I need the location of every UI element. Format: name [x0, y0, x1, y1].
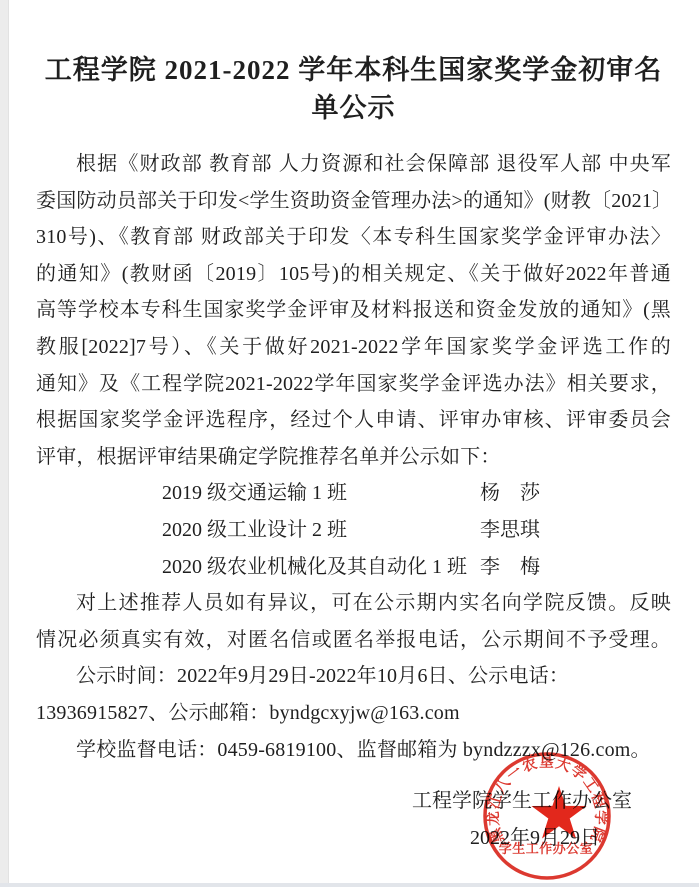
title-line-2: 单公示: [36, 89, 671, 127]
official-seal: 黑龙江八一农垦大学工程学院 学生工作办公室: [478, 752, 618, 886]
page-bottom-edge: [0, 883, 699, 887]
paragraph-line: 根据《财政部 教育部 人力资源和社会保障部 退役军人部 中央军: [36, 146, 671, 183]
student-class: 2020 级农业机械化及其自动化 1 班: [162, 549, 467, 586]
page-left-edge: [0, 0, 9, 887]
paragraph-line: 310号)、《教育部 财政部关于印发〈本专科生国家奖学金评审办法〉: [36, 219, 671, 256]
student-row: 2020 级工业设计 2 班 李思琪: [36, 512, 671, 549]
document-body: 根据《财政部 教育部 人力资源和社会保障部 退役军人部 中央军 委国防动员部关于…: [36, 146, 671, 768]
seal-bottom-text: 学生工作办公室: [499, 841, 594, 856]
document-page: 工程学院 2021-2022 学年本科生国家奖学金初审名 单公示 根据《财政部 …: [0, 0, 699, 887]
paragraph-line: 评审，根据评审结果确定学院推荐名单并公示如下：: [36, 439, 671, 476]
paragraph-line: 高等学校本专科生国家奖学金评审及材料报送和资金发放的通知》(黑: [36, 292, 671, 329]
seal-star-icon: [531, 786, 586, 839]
student-class: 2020 级工业设计 2 班: [162, 512, 347, 549]
paragraph-line: 13936915827、公示邮箱：byndgcxyjw@163.com: [36, 695, 671, 732]
paragraph-line: 公示时间：2022年9月29日-2022年10月6日、公示电话：: [36, 658, 671, 695]
paragraph-line: 通知》及《工程学院2021-2022学年国家奖学金评选办法》相关要求，: [36, 366, 671, 403]
student-name: 李思琪: [480, 512, 540, 549]
student-row: 2020 级农业机械化及其自动化 1 班 李 梅: [36, 549, 671, 586]
page-title: 工程学院 2021-2022 学年本科生国家奖学金初审名 单公示: [36, 51, 671, 127]
student-name: 李 梅: [480, 549, 540, 586]
title-line-1: 工程学院 2021-2022 学年本科生国家奖学金初审名: [36, 51, 671, 89]
paragraph-line: 教服[2022]7号）、《关于做好2021-2022学年国家奖学金评选工作的: [36, 329, 671, 366]
paragraph-line: 委国防动员部关于印发<学生资助资金管理办法>的通知》(财教〔2021〕: [36, 183, 671, 220]
student-name: 杨 莎: [480, 475, 540, 512]
paragraph-line: 的通知》(教财函〔2019〕105号)的相关规定、《关于做好2022年普通: [36, 256, 671, 293]
paragraph-line: 对上述推荐人员如有异议，可在公示期内实名向学院反馈。反映: [36, 585, 671, 622]
paragraph-line: 情况必须真实有效，对匿名信或匿名举报电话，公示期间不予受理。: [36, 622, 671, 659]
paragraph-line: 根据国家奖学金评选程序，经过个人申请、评审办审核、评审委员会: [36, 402, 671, 439]
student-row: 2019 级交通运输 1 班 杨 莎: [36, 475, 671, 512]
student-class: 2019 级交通运输 1 班: [162, 475, 347, 512]
